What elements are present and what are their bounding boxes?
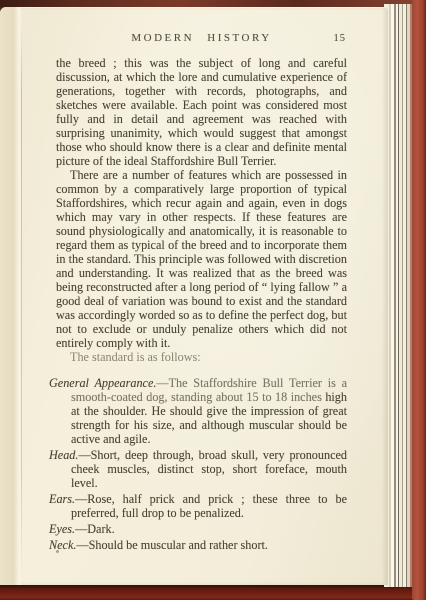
standard-entry-head: Head.—Short, deep through, broad skull, … xyxy=(49,448,347,490)
page-number: 15 xyxy=(334,32,347,46)
page-content: MODERN HISTORY 15 the breed ; this was t… xyxy=(0,7,388,552)
entry-body: —Short, deep through, broad skull, very … xyxy=(71,448,347,490)
standard-entry-general-appearance: General Appearance.—The Staffordshire Bu… xyxy=(49,376,347,446)
book-cover-right-edge xyxy=(412,0,426,600)
book-page: MODERN HISTORY 15 the breed ; this was t… xyxy=(0,7,388,585)
entry-body: —Dark. xyxy=(75,522,115,536)
standard-entry-eyes: Eyes.—Dark. xyxy=(49,522,347,536)
entry-body: —Rose, half prick and prick ; these thre… xyxy=(71,492,347,520)
book-cover-top-edge xyxy=(0,0,426,7)
entry-term-eyes: Eyes. xyxy=(49,522,75,536)
standard-entry-ears: Ears.—Rose, half prick and prick ; these… xyxy=(49,492,347,520)
book-scan: MODERN HISTORY 15 the breed ; this was t… xyxy=(0,0,426,600)
page-stack-edges xyxy=(384,4,414,587)
entry-term-head: Head. xyxy=(49,448,78,462)
entry-term-general-appearance: General Appearance. xyxy=(49,376,156,390)
entry-term-ears: Ears. xyxy=(49,492,75,506)
entry-term-neck: Neck. xyxy=(49,538,76,552)
running-head-title: MODERN HISTORY xyxy=(56,31,347,45)
body-paragraph-2: There are a number of features which are… xyxy=(56,168,347,350)
page-header: MODERN HISTORY 15 xyxy=(56,31,347,45)
breed-standard-list: General Appearance.—The Staffordshire Bu… xyxy=(49,376,347,552)
body-paragraph-1: the breed ; this was the subject of long… xyxy=(56,56,347,168)
book-cover-bottom-edge xyxy=(0,585,426,600)
standard-intro-line: The standard is as follows: xyxy=(56,350,347,364)
standard-entry-neck: Neck.—Should be muscular and rather shor… xyxy=(49,538,347,552)
entry-body: —Should be muscular and rather short. xyxy=(76,538,268,552)
